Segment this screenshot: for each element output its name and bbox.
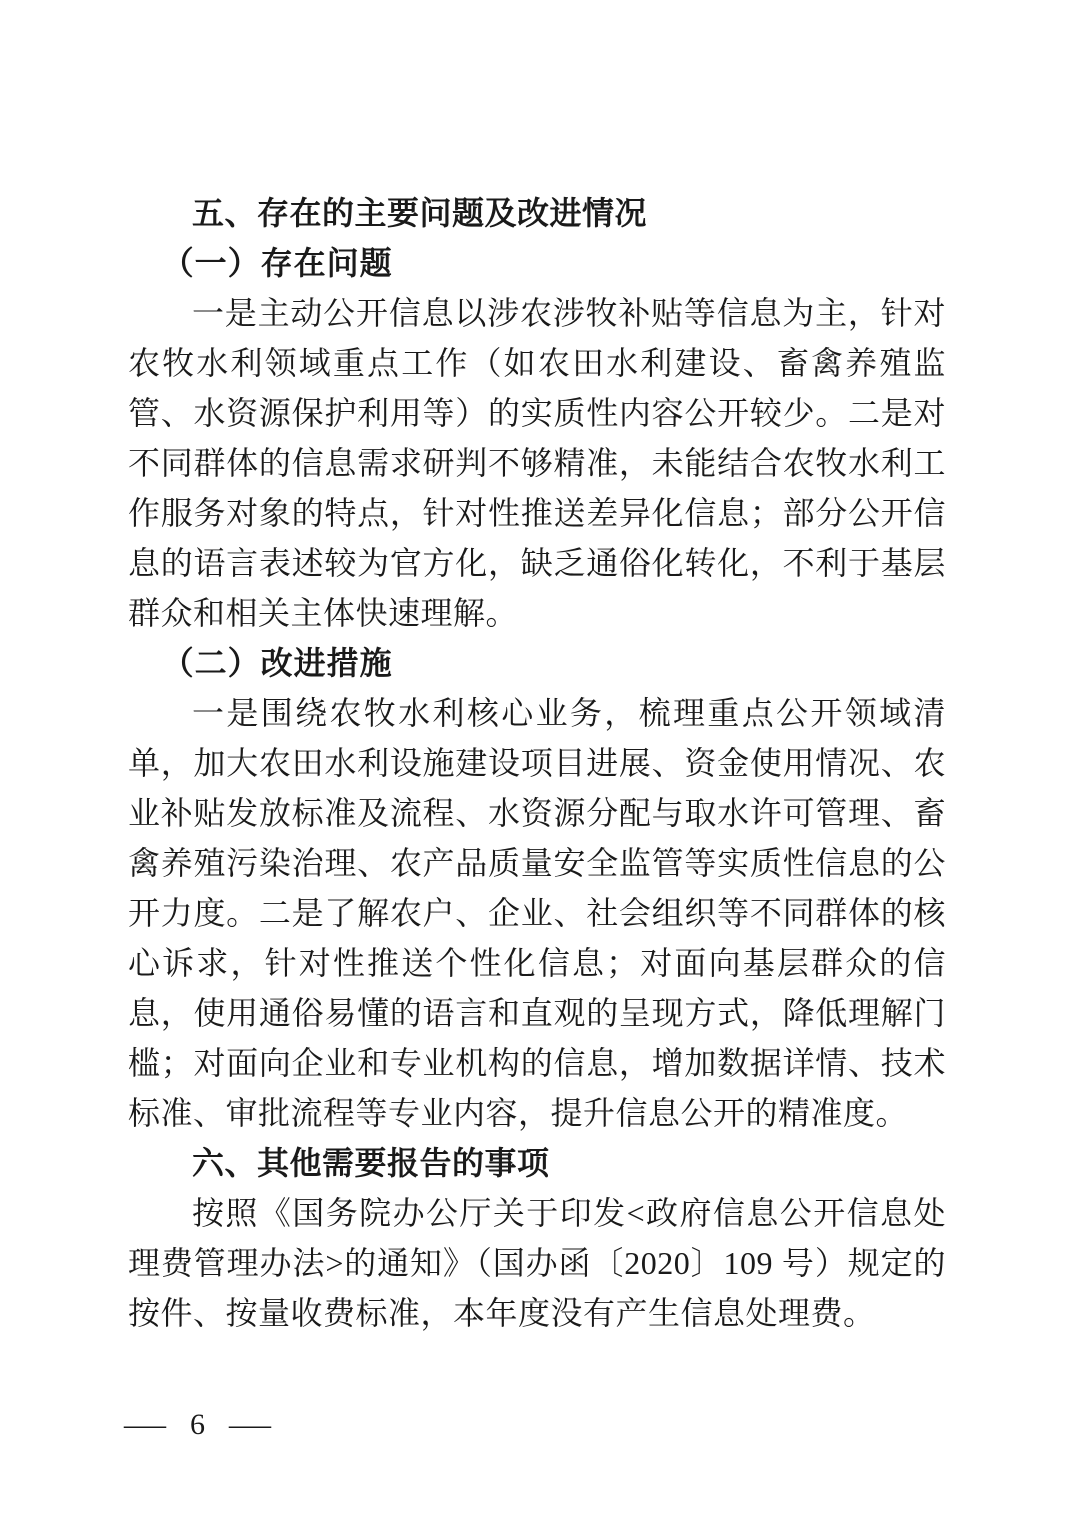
section-heading-3: （二）改进措施 bbox=[128, 638, 946, 688]
footer-left-dash: — bbox=[124, 1403, 166, 1447]
section-heading-0: 五、存在的主要问题及改进情况 bbox=[128, 188, 946, 238]
footer-right-dash: — bbox=[229, 1403, 271, 1447]
section-heading-1: （一）存在问题 bbox=[128, 238, 946, 288]
page-footer: — 6 — bbox=[130, 1403, 265, 1447]
section-heading-5: 六、其他需要报告的事项 bbox=[128, 1138, 946, 1188]
document-body: 五、存在的主要问题及改进情况（一）存在问题一是主动公开信息以涉农涉牧补贴等信息为… bbox=[128, 188, 946, 1338]
document-page: 五、存在的主要问题及改进情况（一）存在问题一是主动公开信息以涉农涉牧补贴等信息为… bbox=[0, 0, 1074, 1520]
paragraph-2: 一是主动公开信息以涉农涉牧补贴等信息为主，针对农牧水利领域重点工作（如农田水利建… bbox=[128, 288, 946, 638]
paragraph-4: 一是围绕农牧水利核心业务，梳理重点公开领域清单，加大农田水利设施建设项目进展、资… bbox=[128, 688, 946, 1138]
page-number: 6 bbox=[190, 1403, 205, 1447]
paragraph-6: 按照《国务院办公厅关于印发<政府信息公开信息处理费管理办法>的通知》（国办函〔2… bbox=[128, 1188, 946, 1338]
